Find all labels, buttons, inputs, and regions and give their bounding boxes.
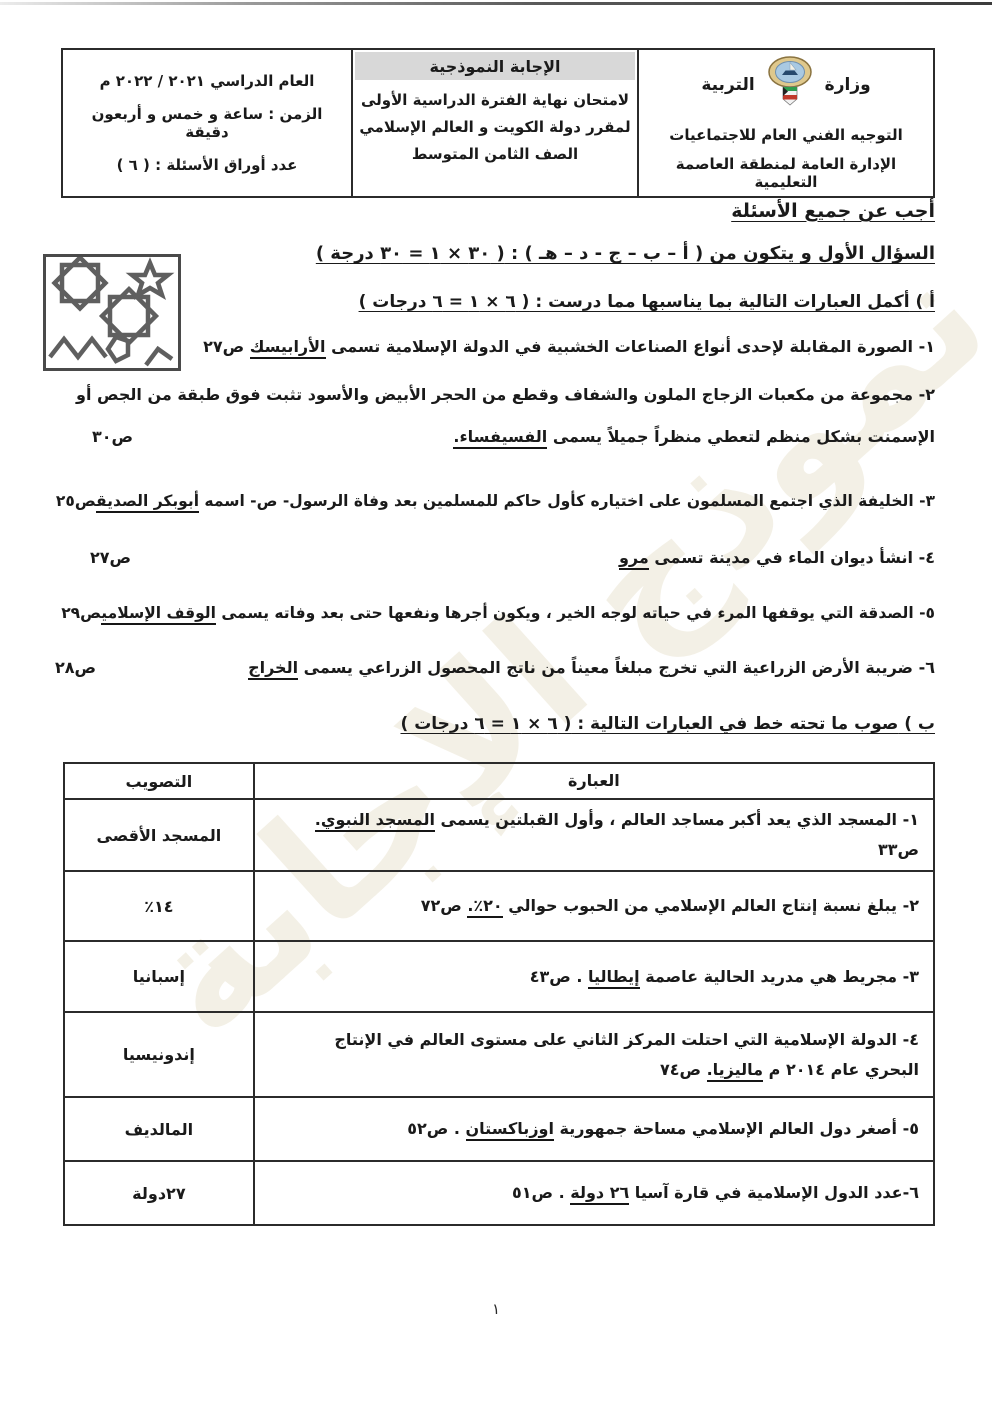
part-a-heading: أ ) أكمل العبارات التالية بما يناسبها مم… bbox=[359, 292, 935, 312]
item-text: الدولة الإسلامية التي احتلت المركز الثان… bbox=[334, 1030, 919, 1079]
correction-cell: إسبانيا bbox=[64, 941, 254, 1012]
correction-column-header: التصويب bbox=[64, 763, 254, 799]
item-answer: ماليزيا. bbox=[707, 1060, 764, 1082]
part-b-heading: ب ) صوب ما تحته خط في العبارات التالية :… bbox=[401, 714, 936, 734]
question-sheets-count: عدد أوراق الأسئلة : ( ٦ ) bbox=[71, 156, 343, 174]
item-number: ٦- bbox=[903, 1183, 919, 1202]
item-pageref: ص٢٥ bbox=[56, 492, 96, 510]
item-text: انشأ ديوان الماء في مدينة تسمى bbox=[649, 548, 913, 567]
exam-line: الصف الثامن المتوسط bbox=[353, 145, 637, 163]
ministry-header-cell: وزارة التربية التوجيه الفني العام ل bbox=[637, 50, 933, 196]
exam-line: لامتحان نهاية الفترة الدراسية الأولى bbox=[353, 91, 637, 109]
exam-line: لمقرر دولة الكويت و العالم الإسلامي bbox=[353, 118, 637, 136]
kuwait-emblem-icon bbox=[767, 56, 813, 115]
item-text: مجريط هي مدريد الحالية عاصمة bbox=[640, 967, 897, 986]
part-b-score: ( ٦ × ١ = ٦ درجات ) bbox=[401, 714, 572, 734]
question1-score: ( ٣٠ × ١ = ٣٠ درجة ) bbox=[316, 243, 505, 264]
exam-header: وزارة التربية التوجيه الفني العام ل bbox=[61, 48, 935, 198]
arabesque-pattern-image bbox=[43, 254, 181, 371]
ministry-word: وزارة bbox=[825, 75, 871, 95]
item-a2-pageref: ص٣٠ bbox=[92, 427, 133, 446]
item-text: الخليفة الذي اجتمع المسلمون على اختياره … bbox=[199, 492, 914, 510]
correction-cell: ١٤٪ bbox=[64, 871, 254, 941]
item-answer: ٢٠٪. bbox=[467, 896, 502, 918]
item-a3: ٣- الخليفة الذي اجتمع المسلمون على اختيا… bbox=[56, 492, 935, 510]
item-pageref: . ص٤٣ bbox=[530, 967, 588, 986]
item-answer: المسجد النبوي. bbox=[315, 810, 435, 832]
item-answer: اوزباكستان bbox=[466, 1119, 554, 1141]
item-number: ٥- bbox=[897, 1119, 919, 1138]
correction-cell: المسجد الأقصى bbox=[64, 799, 254, 871]
statement-cell: ٦-عدد الدول الإسلامية في قارة آسيا ٢٦ دو… bbox=[254, 1161, 934, 1225]
exam-title-cell: الإجابة النموذجية لامتحان نهاية الفترة ا… bbox=[351, 50, 637, 196]
item-number: ٢- bbox=[897, 896, 919, 915]
item-pageref: ص٢٩ bbox=[61, 604, 101, 622]
item-a4: ٤- انشأ ديوان الماء في مدينة تسمى مرو bbox=[619, 548, 935, 567]
model-answer-title: الإجابة النموذجية bbox=[355, 52, 635, 80]
item-pageref: ص٢٧ bbox=[203, 337, 250, 356]
part-a-score: ( ٦ × ١ = ٦ درجات ) bbox=[359, 292, 530, 312]
item-number: ٣- bbox=[897, 967, 919, 986]
answer-all-instruction: أجب عن جميع الأسئلة bbox=[731, 200, 935, 222]
item-number: ٣- bbox=[914, 492, 935, 510]
item-text: المسجد الذي يعد أكبر مساجد العالم ، وأول… bbox=[435, 810, 897, 829]
ministry-title-line: وزارة التربية bbox=[643, 56, 929, 115]
statement-cell: ٤- الدولة الإسلامية التي احتلت المركز ال… bbox=[254, 1012, 934, 1097]
question1-heading: السؤال الأول و يتكون من ( أ – ب – ج - د … bbox=[316, 243, 935, 264]
table-row: ٢- يبلغ نسبة إنتاج العالم الإسلامي من ال… bbox=[64, 871, 934, 941]
table-row: ٤- الدولة الإسلامية التي احتلت المركز ال… bbox=[64, 1012, 934, 1097]
item-answer: مرو bbox=[619, 548, 649, 570]
item-text: يبلغ نسبة إنتاج العالم الإسلامي من الحبو… bbox=[503, 896, 897, 915]
item-text: الصدقة التي يوقفها المرء في حياته لوجه ا… bbox=[216, 604, 914, 622]
exam-info-cell: العام الدراسي ٢٠٢١ / ٢٠٢٢ م الزمن : ساعة… bbox=[63, 50, 351, 196]
part-b-title: صوب ما تحته خط في العبارات التالية : bbox=[571, 714, 898, 734]
item-a1: ١- الصورة المقابلة لإحدى أنواع الصناعات … bbox=[203, 337, 935, 356]
exam-duration: الزمن : ساعة و خمس و أربعون دقيقة bbox=[71, 105, 343, 141]
item-number: ٢- bbox=[913, 385, 935, 404]
ministry-subtitle: التوجيه الفني العام للاجتماعيات bbox=[643, 126, 929, 144]
correction-table: العبارة التصويب ١- المسجد الذي يعد أكبر … bbox=[63, 762, 935, 1226]
item-pageref: ص٣٣ bbox=[878, 840, 919, 859]
item-a2-line2: الإسمنت بشكل منظم لتعطي منظراً جميلاً يس… bbox=[453, 427, 935, 446]
item-number: ٦- bbox=[913, 658, 935, 677]
table-row: ٥- أصغر دول العالم الإسلامي مساحة جمهوري… bbox=[64, 1097, 934, 1161]
item-answer: الوقف الإسلامي bbox=[101, 604, 216, 625]
item-number: ٤- bbox=[897, 1030, 919, 1049]
statement-cell: ٥- أصغر دول العالم الإسلامي مساحة جمهوري… bbox=[254, 1097, 934, 1161]
statement-column-header: العبارة bbox=[254, 763, 934, 799]
item-answer: الفسيفساء. bbox=[453, 427, 547, 449]
item-number: ٤- bbox=[913, 548, 935, 567]
item-a6: ٦- ضريبة الأرض الزراعية التي تخرج مبلغاً… bbox=[248, 658, 935, 677]
item-text: ضريبة الأرض الزراعية التي تخرج مبلغاً مع… bbox=[298, 658, 913, 677]
correction-cell: ٢٧دولة bbox=[64, 1161, 254, 1225]
scan-artifact-line bbox=[0, 2, 992, 5]
item-a6-pageref: ص٢٨ bbox=[55, 658, 96, 677]
item-answer: إيطاليا bbox=[588, 967, 640, 989]
correction-cell: المالديف bbox=[64, 1097, 254, 1161]
scanned-exam-page: نموذج الإجابة وزارة ا bbox=[0, 0, 992, 1402]
part-a-label: أ ) bbox=[910, 292, 935, 312]
part-a-title: أكمل العبارات التالية بما يناسبها مما در… bbox=[529, 292, 909, 312]
table-row: ١- المسجد الذي يعد أكبر مساجد العالم ، و… bbox=[64, 799, 934, 871]
item-pageref: . ص٥١ bbox=[512, 1183, 570, 1202]
item-answer: أبوبكر الصديق bbox=[96, 492, 199, 513]
item-number: ٥- bbox=[914, 604, 935, 622]
item-answer: الخراج bbox=[248, 658, 298, 680]
item-pageref: ص٧٤ bbox=[660, 1060, 707, 1079]
table-row: ٦-عدد الدول الإسلامية في قارة آسيا ٢٦ دو… bbox=[64, 1161, 934, 1225]
item-answer: ٢٦ دولة bbox=[570, 1183, 629, 1205]
correction-cell: إندونيسيا bbox=[64, 1012, 254, 1097]
item-text: أصغر دول العالم الإسلامي مساحة جمهورية bbox=[554, 1119, 897, 1138]
question1-title: السؤال الأول و يتكون من ( أ – ب – ج - د … bbox=[505, 243, 935, 264]
item-text: مجموعة من مكعبات الزجاج الملون والشفاف و… bbox=[76, 385, 913, 404]
item-a4-pageref: ص٢٧ bbox=[90, 548, 131, 567]
item-answer: الأرابيسك bbox=[250, 337, 326, 359]
school-year: العام الدراسي ٢٠٢١ / ٢٠٢٢ م bbox=[71, 72, 343, 90]
item-pageref: . ص٥٢ bbox=[407, 1119, 465, 1138]
item-number: ١- bbox=[913, 337, 935, 356]
item-number: ١- bbox=[897, 810, 919, 829]
ministry-district: الإدارة العامة لمنطقة العاصمة التعليمية bbox=[643, 155, 929, 191]
table-header-row: العبارة التصويب bbox=[64, 763, 934, 799]
statement-cell: ٢- يبلغ نسبة إنتاج العالم الإسلامي من ال… bbox=[254, 871, 934, 941]
item-text: الصورة المقابلة لإحدى أنواع الصناعات الخ… bbox=[326, 337, 913, 356]
statement-cell: ١- المسجد الذي يعد أكبر مساجد العالم ، و… bbox=[254, 799, 934, 871]
ministry-word: التربية bbox=[701, 75, 754, 95]
item-a5: ٥- الصدقة التي يوقفها المرء في حياته لوج… bbox=[61, 604, 935, 622]
item-a2-line1: ٢- مجموعة من مكعبات الزجاج الملون والشفا… bbox=[76, 385, 935, 404]
page-number: ١ bbox=[0, 1300, 992, 1318]
item-pageref: ص٧٢ bbox=[421, 896, 468, 915]
item-text: عدد الدول الإسلامية في قارة آسيا bbox=[629, 1183, 902, 1202]
table-row: ٣- مجريط هي مدريد الحالية عاصمة إيطاليا … bbox=[64, 941, 934, 1012]
part-b-label: ب ) bbox=[898, 714, 935, 734]
item-text: الإسمنت بشكل منظم لتعطي منظراً جميلاً يس… bbox=[547, 427, 935, 446]
statement-cell: ٣- مجريط هي مدريد الحالية عاصمة إيطاليا … bbox=[254, 941, 934, 1012]
